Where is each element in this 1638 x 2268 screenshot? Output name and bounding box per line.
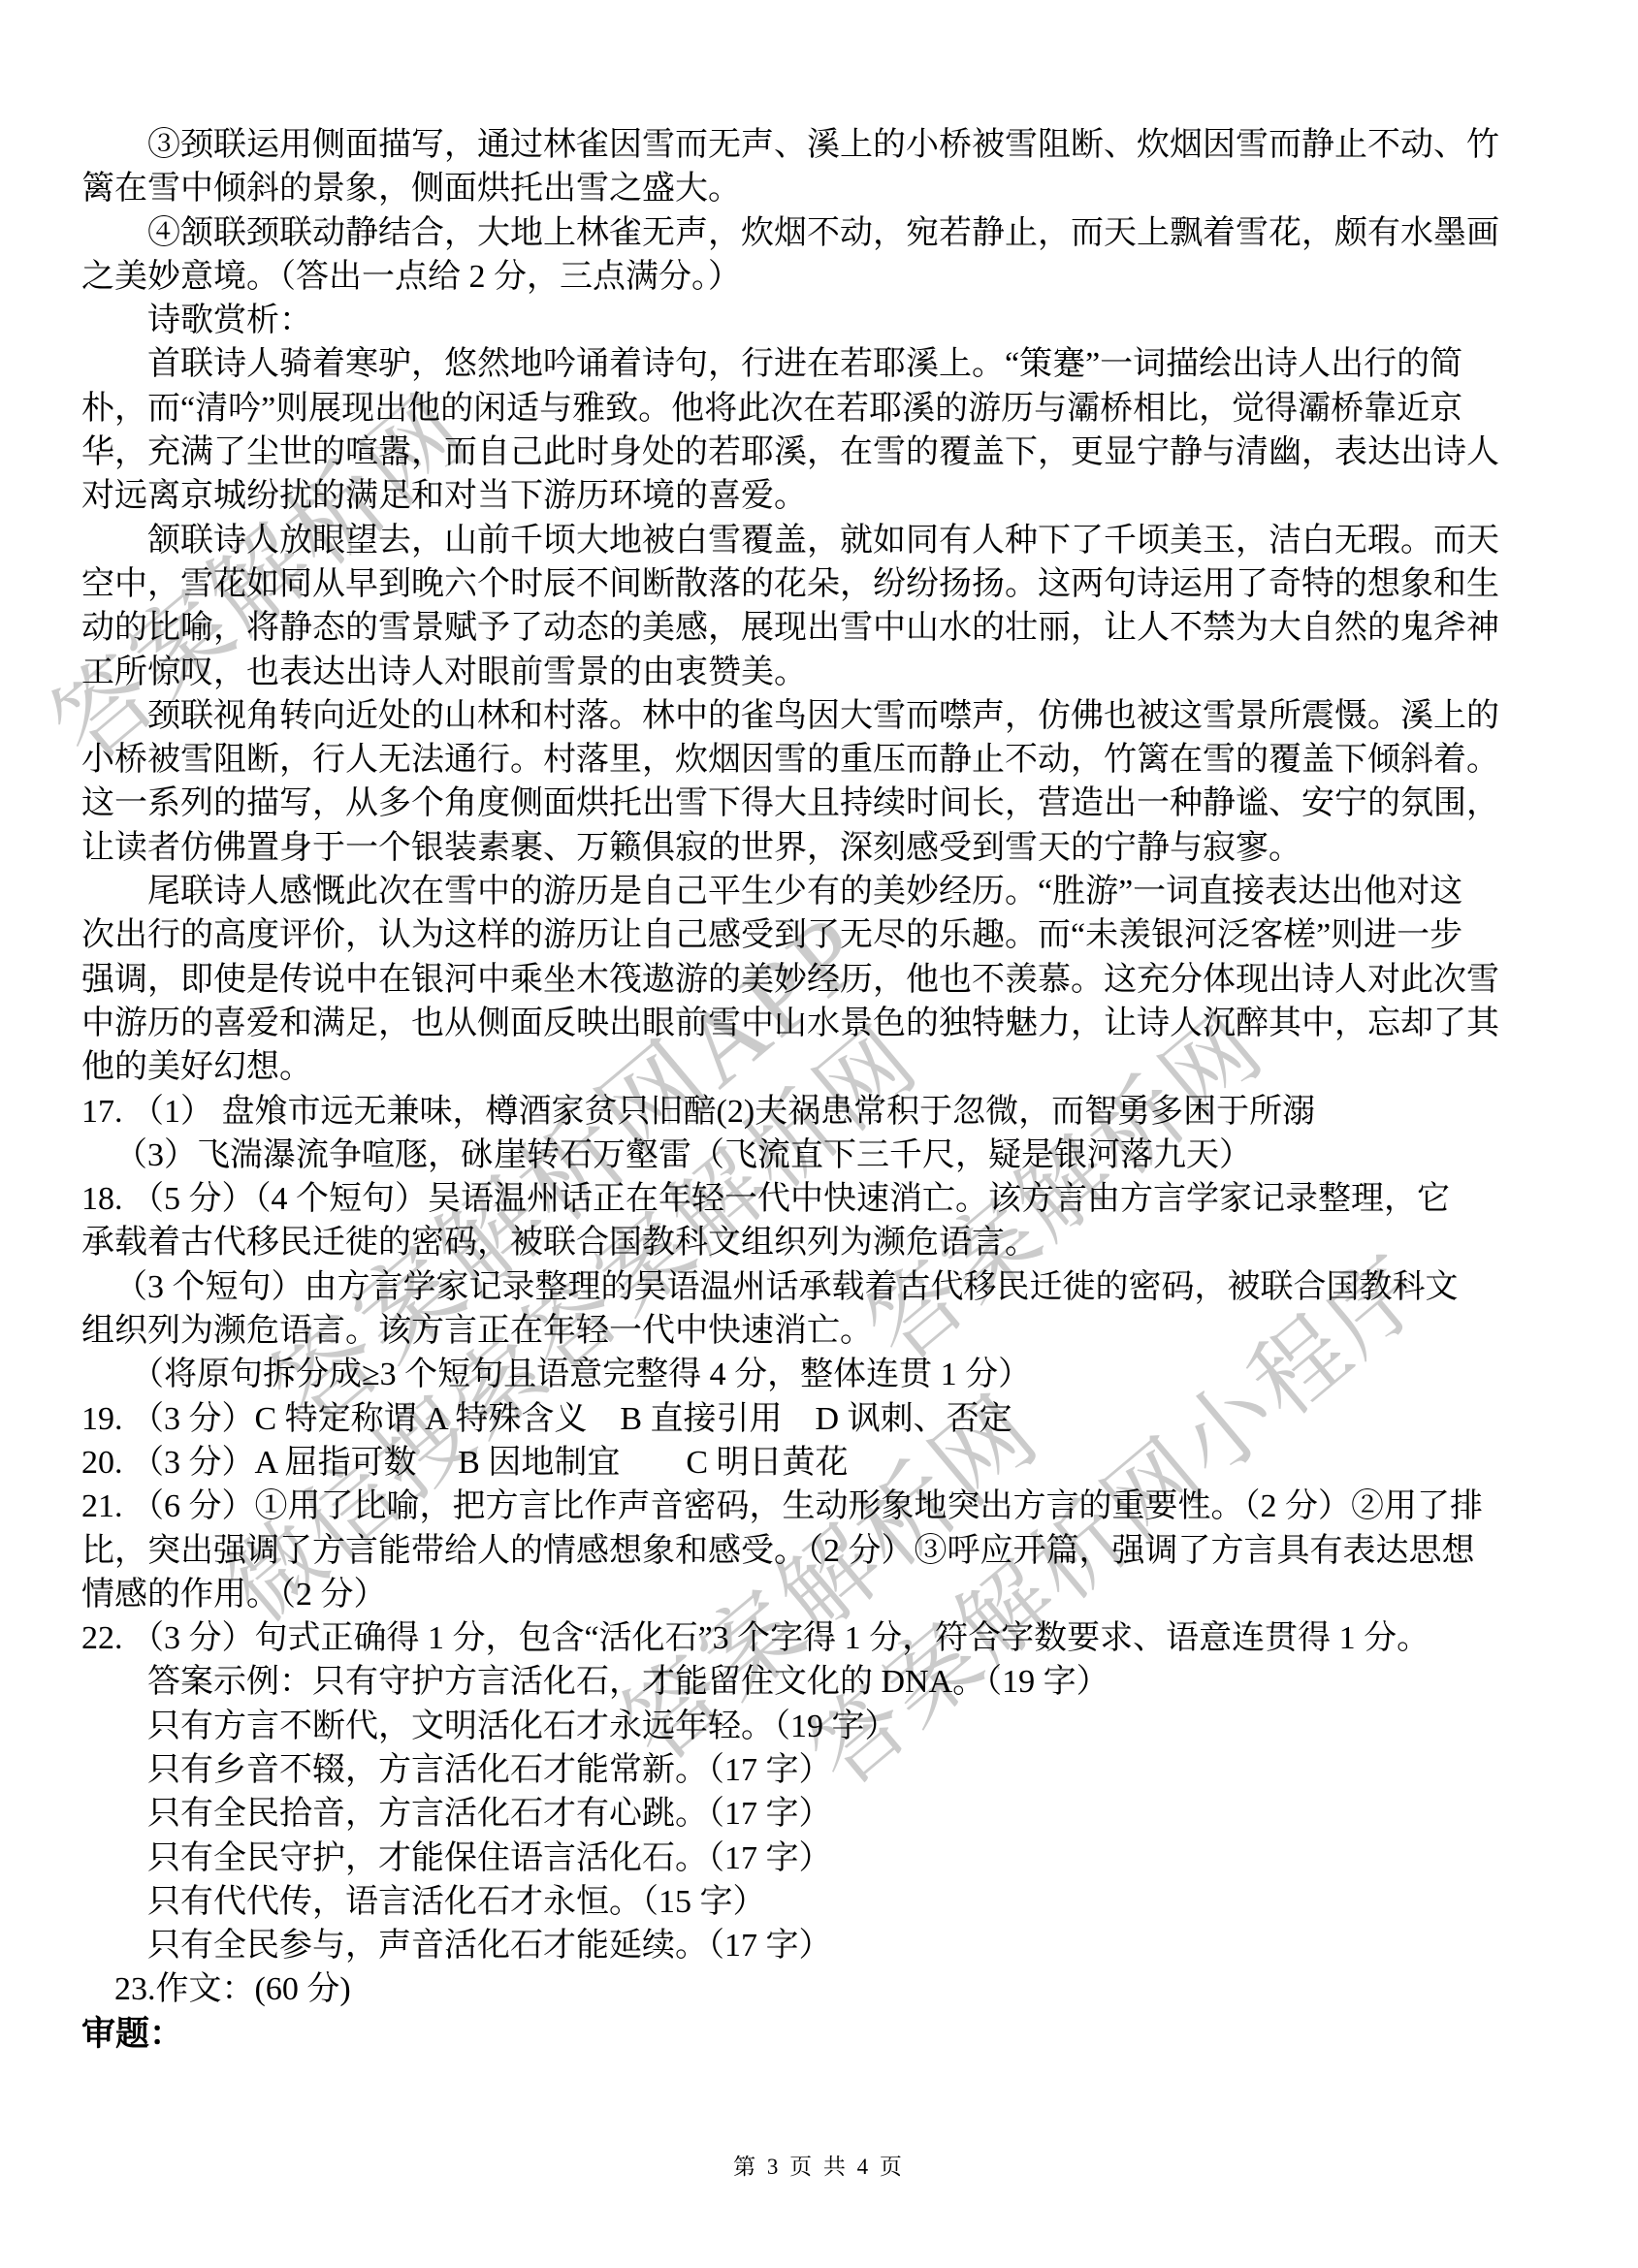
text-line: 篱在雪中倾斜的景象，侧面烘托出雪之盛大。 — [81, 167, 1499, 210]
answer-line-18: 18. （5 分）（4 个短句）吴语温州话正在年轻一代中快速消亡。该方言由方言学… — [81, 1177, 1499, 1221]
answer-line-19: 19. （3 分）C 特定称谓 A 特殊含义 B 直接引用 D 讽刺、否定 — [81, 1397, 1499, 1441]
answer-example: 只有全民参与，声音活化石才能延续。（17 字） — [81, 1924, 1499, 1967]
text-line: 次出行的高度评价，认为这样的游历让自己感受到了无尽的乐趣。而“未羡银河泛客槎”则… — [81, 913, 1499, 957]
answer-example: 只有乡音不辍，方言活化石才能常新。（17 字） — [81, 1748, 1499, 1792]
text-line: 让读者仿佛置身于一个银装素裹、万籁俱寂的世界，深刻感受到雪天的宁静与寂寥。 — [81, 826, 1499, 870]
text-line: 对远离京城纷扰的满足和对当下游历环境的喜爱。 — [81, 474, 1499, 518]
text-line: 华，充满了尘世的喧嚣，而自己此时身处的若耶溪，在雪的覆盖下，更显宁静与清幽，表达… — [81, 431, 1499, 474]
page-number: 第 3 页 共 4 页 — [0, 2149, 1638, 2181]
text-line: 组织列为濒危语言。该方言正在年轻一代中快速消亡。 — [81, 1309, 1499, 1353]
text-line: 之美妙意境。（答出一点给 2 分，三点满分。） — [81, 255, 1499, 299]
text-line: （3 个短句）由方言学家记录整理的吴语温州话承载着古代移民迁徙的密码，被联合国教… — [81, 1265, 1499, 1309]
answer-line-23: 23.作文：(60 分) — [81, 1967, 1499, 2011]
answer-line-17: 17. （1） 盘飧市远无兼味，樽酒家贫只旧醅(2)夫祸患常积于忽微，而智勇多困… — [81, 1090, 1499, 1134]
document-body: ③颈联运用侧面描写，通过林雀因雪而无声、溪上的小桥被雪阻断、炊烟因雪而静止不动、… — [81, 123, 1499, 2056]
answer-line-21: 21. （6 分）①用了比喻，把方言比作声音密码，生动形象地突出方言的重要性。（… — [81, 1485, 1499, 1528]
text-line: 承载着古代移民迁徙的密码，被联合国教科文组织列为濒危语言。 — [81, 1221, 1499, 1264]
section-heading: 审题： — [81, 2012, 1499, 2056]
text-line: 工所惊叹，也表达出诗人对眼前雪景的由衷赞美。 — [81, 651, 1499, 694]
text-line: 这一系列的描写，从多个角度侧面烘托出雪下得大且持续时间长，营造出一种静谧、安宁的… — [81, 782, 1499, 825]
text-line: 情感的作用。（2 分） — [81, 1573, 1499, 1616]
text-line: ③颈联运用侧面描写，通过林雀因雪而无声、溪上的小桥被雪阻断、炊烟因雪而静止不动、… — [81, 123, 1499, 167]
text-line: 小桥被雪阻断，行人无法通行。村落里，炊烟因雪的重压而静止不动，竹篱在雪的覆盖下倾… — [81, 738, 1499, 782]
section-heading: 诗歌赏析： — [81, 299, 1499, 342]
text-line: 空中，雪花如同从早到晚六个时辰不间断散落的花朵，纷纷扬扬。这两句诗运用了奇特的想… — [81, 562, 1499, 606]
text-line: 他的美好幻想。 — [81, 1045, 1499, 1089]
document-page: 答案解析网 答案解析网APP 微信搜索答案解析网 答案解析网 答案解析网小程序 … — [0, 0, 1638, 2268]
answer-line-20: 20. （3 分）A 屈指可数 B 因地制宜 C 明日黄花 — [81, 1441, 1499, 1485]
text-line: 动的比喻，将静态的雪景赋予了动态的美感，展现出雪中山水的壮丽，让人不禁为大自然的… — [81, 606, 1499, 650]
scoring-note: （将原句拆分成≥3 个短句且语意完整得 4 分，整体连贯 1 分） — [81, 1353, 1499, 1396]
answer-example: 只有方言不断代，文明活化石才永远年轻。（19 字） — [81, 1705, 1499, 1748]
text-line: 中游历的喜爱和满足，也从侧面反映出眼前雪中山水景色的独特魅力，让诗人沉醉其中，忘… — [81, 1002, 1499, 1045]
answer-example: 答案示例：只有守护方言活化石，才能留住文化的 DNA。（19 字） — [81, 1660, 1499, 1704]
answer-line-22: 22. （3 分）句式正确得 1 分，包含“活化石”3 个字得 1 分，符合字数… — [81, 1616, 1499, 1660]
answer-line-17-3: （3）飞湍瀑流争喧豗，砯崖转石万壑雷（飞流直下三千尺，疑是银河落九天） — [81, 1134, 1499, 1177]
text-line: 颈联视角转向近处的山林和村落。林中的雀鸟因大雪而噤声，仿佛也被这雪景所震慑。溪上… — [81, 694, 1499, 738]
answer-example: 只有全民守护，才能保住语言活化石。（17 字） — [81, 1837, 1499, 1880]
text-line: 颔联诗人放眼望去，山前千顷大地被白雪覆盖，就如同有人种下了千顷美玉，洁白无瑕。而… — [81, 519, 1499, 562]
text-line: ④颔联颈联动静结合，大地上林雀无声，炊烟不动，宛若静止，而天上飘着雪花，颇有水墨… — [81, 211, 1499, 255]
text-line: 朴，而“清吟”则展现出他的闲适与雅致。他将此次在若耶溪的游历与灞桥相比，觉得灞桥… — [81, 387, 1499, 431]
text-line: 首联诗人骑着寒驴，悠然地吟诵着诗句，行进在若耶溪上。“策蹇”一词描绘出诗人出行的… — [81, 342, 1499, 386]
answer-example: 只有代代传，语言活化石才永恒。（15 字） — [81, 1880, 1499, 1924]
answer-example: 只有全民拾音，方言活化石才有心跳。（17 字） — [81, 1792, 1499, 1836]
text-line: 比，突出强调了方言能带给人的情感想象和感受。（2 分）③呼应开篇，强调了方言具有… — [81, 1529, 1499, 1573]
text-line: 强调，即使是传说中在银河中乘坐木筏遨游的美妙经历，他也不羡慕。这充分体现出诗人对… — [81, 958, 1499, 1002]
text-line: 尾联诗人感慨此次在雪中的游历是自己平生少有的美妙经历。“胜游”一词直接表达出他对… — [81, 870, 1499, 913]
